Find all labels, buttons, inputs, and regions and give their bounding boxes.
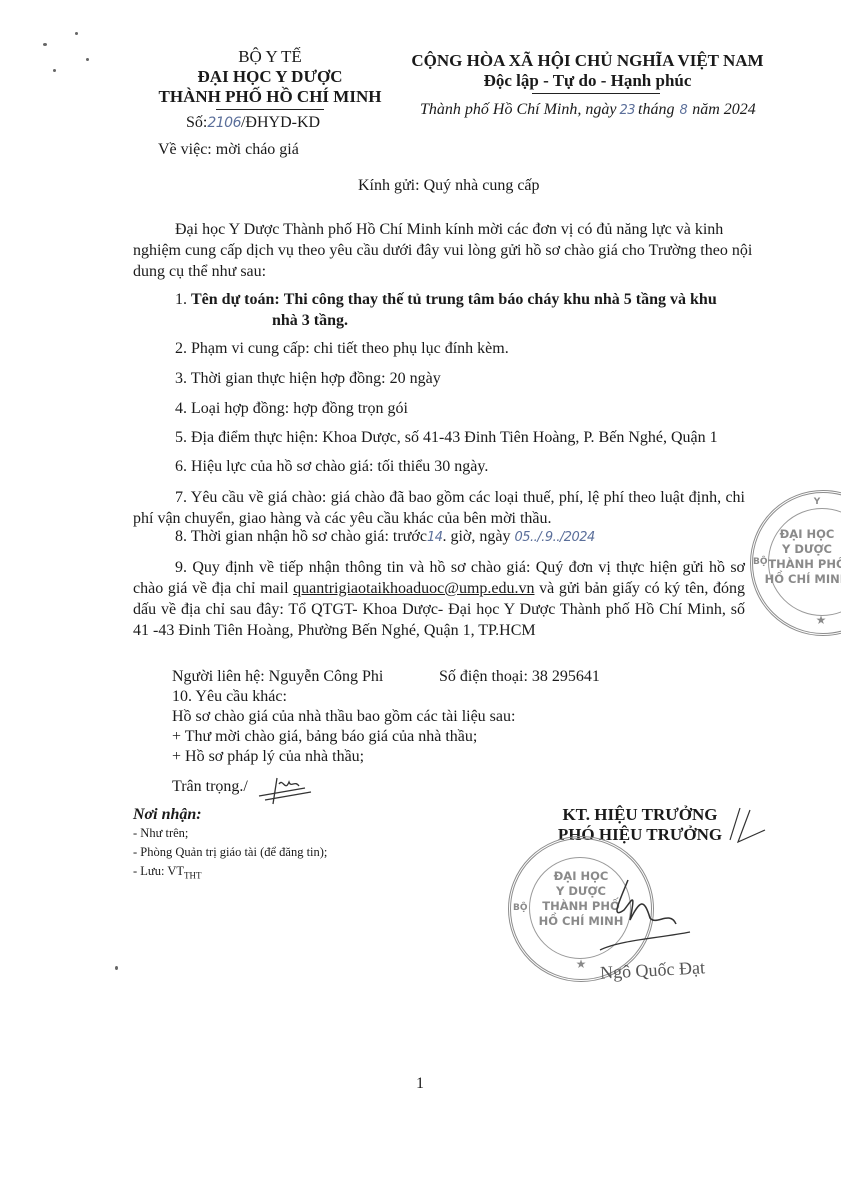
header-left-underline: [216, 109, 324, 110]
item-5: 5. Địa điểm thực hiện: Khoa Dược, số 41-…: [175, 429, 718, 447]
page-number: 1: [400, 1075, 440, 1093]
scan-speck: [115, 966, 118, 970]
item-1: 1. Tên dự toán: Thi công thay thế tủ tru…: [175, 291, 717, 309]
nation-title: CỘNG HÒA XÃ HỘI CHỦ NGHĨA VIỆT NAM: [405, 51, 770, 71]
doc-number-prefix: Số:: [186, 114, 207, 131]
item-1-text-line1: Thi công thay thế tủ trung tâm báo cháy …: [284, 291, 717, 308]
date-year: năm 2024: [692, 101, 756, 118]
document-subject: Về việc: mời cháo giá: [158, 141, 299, 159]
date-day-handwritten: 23: [616, 103, 638, 118]
scan-speck: [75, 32, 78, 35]
closing: Trân trọng./: [172, 778, 248, 796]
item-1-label: Tên dự toán:: [191, 291, 280, 308]
date-month-label: tháng: [638, 101, 674, 118]
item-2: 2. Phạm vi cung cấp: chi tiết theo phụ l…: [175, 340, 509, 358]
recipient-3: - Lưu: VTTHT: [133, 864, 201, 881]
item-4: 4. Loại hợp đồng: hợp đồng trọn gói: [175, 400, 408, 418]
recipient-3-subscript: THT: [184, 871, 202, 881]
scan-speck: [43, 43, 47, 46]
edge-stamp-text: ĐẠI HỌC Y DƯỢC THÀNH PHỐ HỒ CHÍ MINH: [757, 527, 841, 587]
edge-stamp-line3: THÀNH PHỐ: [757, 557, 841, 572]
item-10-title: 10. Yêu cầu khác:: [172, 688, 287, 706]
university-name-line1: ĐẠI HỌC Y DƯỢC: [145, 67, 395, 87]
university-name-line2: THÀNH PHỐ HỒ CHÍ MINH: [145, 87, 395, 107]
scan-speck: [86, 58, 89, 61]
date-month-handwritten: 8: [674, 103, 692, 118]
item-10-intro: Hồ sơ chào giá của nhà thầu bao gồm các …: [172, 708, 515, 726]
contact-person: Người liên hệ: Nguyễn Công Phi: [172, 668, 383, 686]
stamp-side-text: BỘ: [513, 901, 527, 916]
edge-stamp-line1: ĐẠI HỌC: [757, 527, 841, 542]
item-7: 7. Yêu cầu về giá chào: giá chào đã bao …: [133, 487, 745, 529]
item-8-date-handwritten: 05../.9../2024: [515, 530, 595, 545]
contact-email-link[interactable]: quantrigiaotaikhoaduoc@ump.edu.vn: [293, 580, 534, 597]
item-3: 3. Thời gian thực hiện hợp đồng: 20 ngày: [175, 370, 441, 388]
document-number: Số:2106/ĐHYD-KD: [186, 114, 320, 132]
edge-stamp-top-text: Y: [811, 495, 823, 510]
scan-speck: [53, 69, 56, 72]
signature-icon: [580, 800, 770, 960]
item-1-text-line2: nhà 3 tầng.: [272, 312, 348, 330]
item-10-bullet-1: + Thư mời chào giá, bảng báo giá của nhà…: [172, 728, 477, 746]
item-9: 9. Quy định về tiếp nhận thông tin và hồ…: [133, 557, 745, 641]
item-6: 6. Hiệu lực của hồ sơ chào giá: tối thiể…: [175, 458, 488, 476]
doc-number-suffix: /ĐHYD-KD: [241, 114, 320, 131]
item-8: 8. Thời gian nhận hồ sơ chào giá: trước1…: [175, 528, 595, 546]
doc-number-handwritten: 2106: [207, 115, 241, 131]
item-8-hour-handwritten: 14: [427, 530, 443, 545]
date-prefix: Thành phố Hồ Chí Minh, ngày: [420, 101, 616, 118]
edge-star-icon: ★: [811, 613, 831, 628]
header-right-underline: [532, 93, 660, 94]
salutation: Kính gửi: Quý nhà cung cấp: [358, 177, 540, 195]
item-1-number: 1.: [175, 291, 187, 308]
signer-name: Ngô Quốc Đạt: [600, 957, 706, 983]
item-8-prefix: 8. Thời gian nhận hồ sơ chào giá: trước: [175, 528, 427, 545]
item-10-bullet-2: + Hồ sơ pháp lý của nhà thầu;: [172, 748, 364, 766]
recipient-1: - Như trên;: [133, 826, 188, 841]
edge-stamp: ĐẠI HỌC Y DƯỢC THÀNH PHỐ HỒ CHÍ MINH Y B…: [750, 490, 841, 636]
ministry-name: BỘ Y TẾ: [145, 47, 395, 67]
edge-stamp-side-text: BỘ: [753, 555, 767, 570]
edge-stamp-line4: HỒ CHÍ MINH: [757, 572, 841, 587]
recipient-2: - Phòng Quản trị giáo tài (để đăng tin);: [133, 845, 327, 860]
document-date: Thành phố Hồ Chí Minh, ngày23tháng8năm 2…: [420, 101, 756, 119]
intro-paragraph: Đại học Y Dược Thành phố Hồ Chí Minh kín…: [133, 219, 773, 282]
initials-signature-icon: [255, 774, 315, 806]
item-8-mid: . giờ, ngày: [442, 528, 510, 545]
recipients-title: Nơi nhận:: [133, 806, 202, 824]
contact-phone: Số điện thoại: 38 295641: [439, 668, 600, 686]
recipient-3-text: - Lưu: VT: [133, 864, 184, 878]
national-motto: Độc lập - Tự do - Hạnh phúc: [405, 71, 770, 91]
edge-stamp-line2: Y DƯỢC: [757, 542, 841, 557]
